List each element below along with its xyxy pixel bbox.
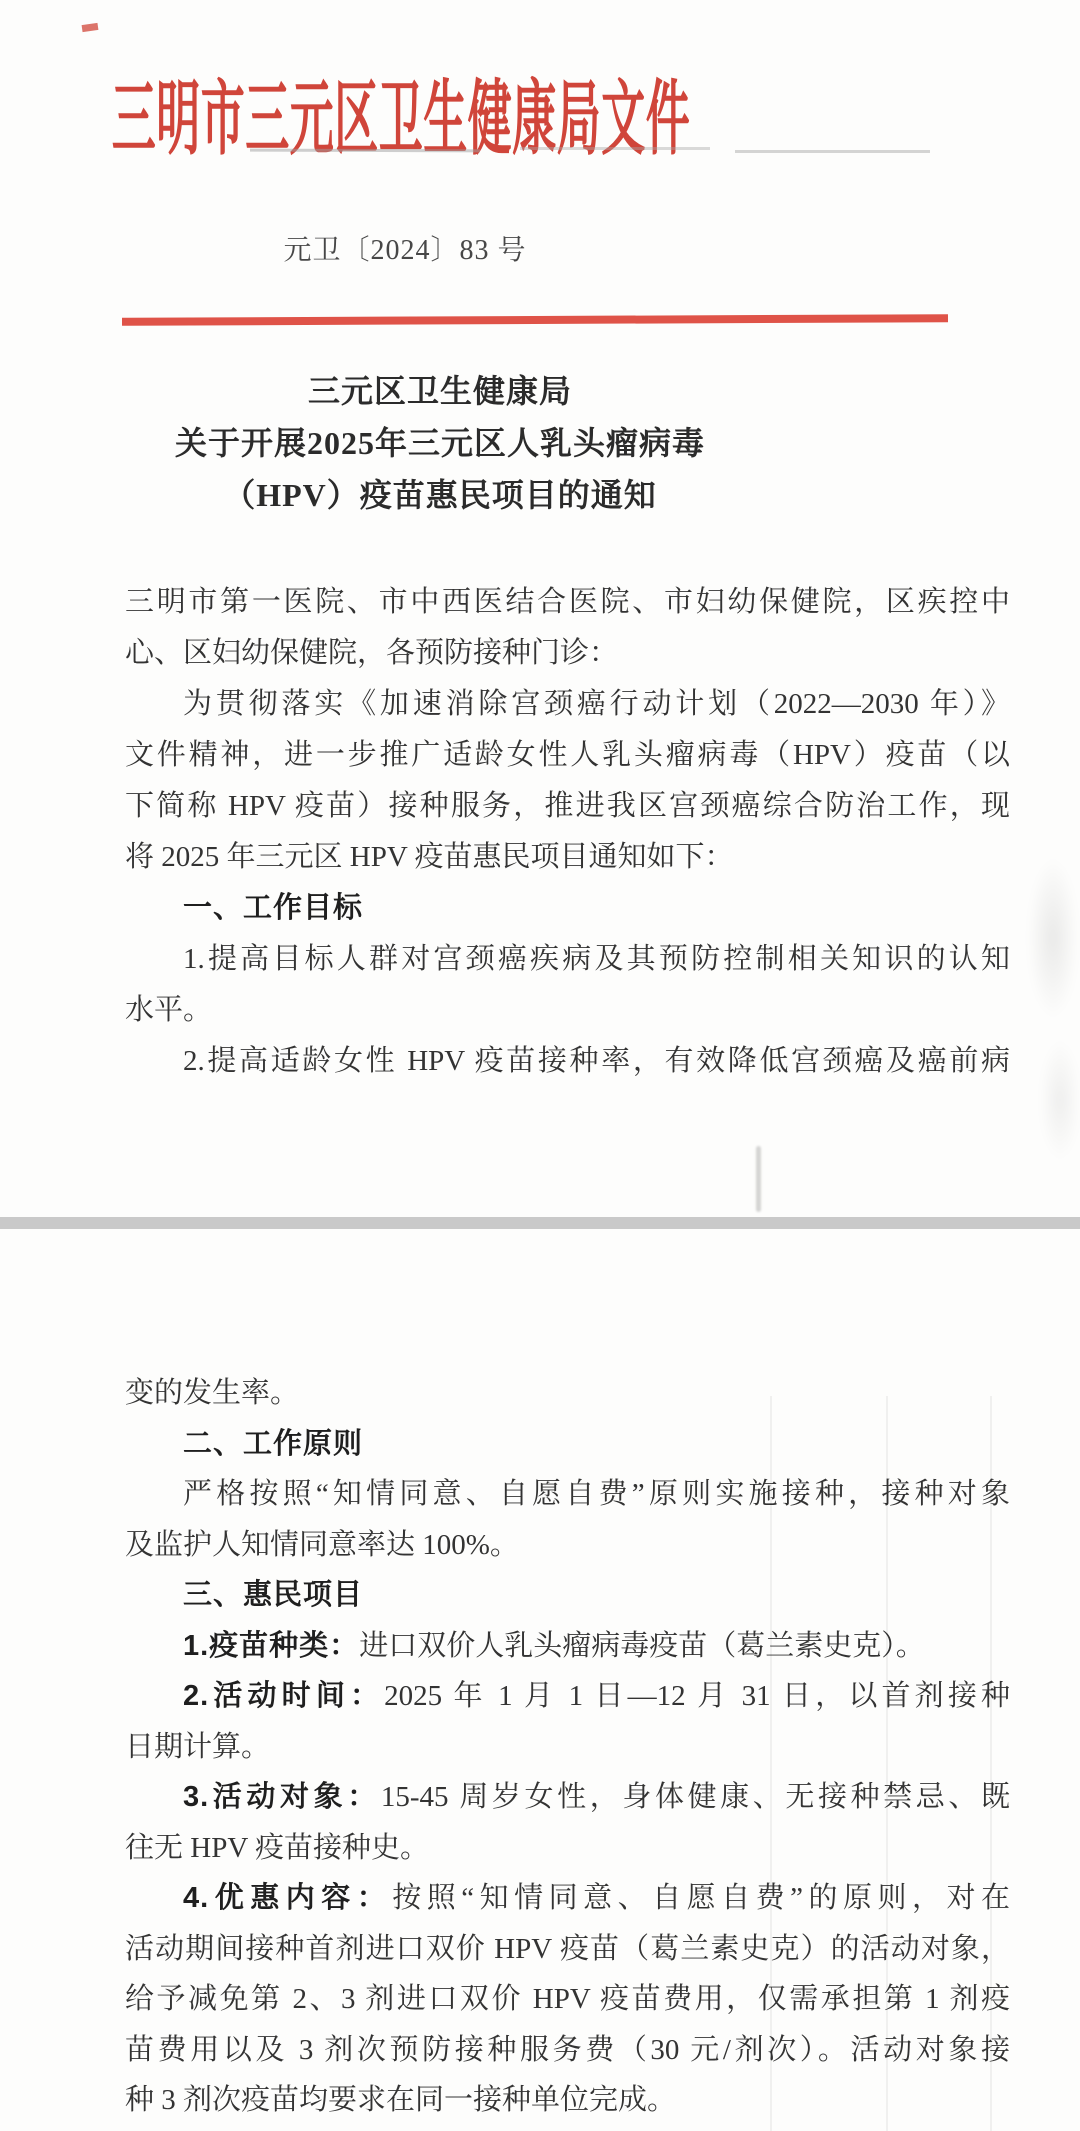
doc-line: 日期计算。: [125, 1722, 1010, 1773]
doc-line-text: 文件精神，进一步推广适龄女性人乳头瘤病毒（HPV）疫苗（以: [125, 739, 1010, 771]
page-separator-band: [0, 1217, 1080, 1229]
doc-line-text: 1.提高目标人群对宫颈癌疾病及其预防控制相关知识的认知: [183, 943, 1010, 975]
scan-artifact-speck: [82, 23, 99, 32]
doc-line: 1.提高目标人群对宫颈癌疾病及其预防控制相关知识的认知: [125, 934, 1010, 985]
doc-line-text: 严格按照“知情同意、自愿自费”原则实施接种，接种对象: [183, 1478, 1010, 1510]
doc-line-text: 15-45 周岁女性，身体健康、无接种禁忌、既: [381, 1781, 1010, 1813]
document-title-line-3: （HPV）疫苗惠民项目的通知: [0, 469, 880, 521]
doc-line-text: 往无 HPV 疫苗接种史。: [125, 1832, 429, 1864]
doc-line: 4.优惠内容：按照“知情同意、自愿自费”的原则，对在: [125, 1873, 1010, 1924]
doc-line-text: 日期计算。: [125, 1731, 270, 1763]
red-divider-line: [122, 314, 948, 326]
doc-line-text: 按照“知情同意、自愿自费”的原则，对在: [392, 1882, 1010, 1914]
doc-line-text: 2.提高适龄女性 HPV 疫苗接种率，有效降低宫颈癌及癌前病: [183, 1045, 1010, 1077]
doc-line-text: 2025 年 1 月 1 日—12 月 31 日，以首剂接种: [384, 1680, 1010, 1712]
doc-line: 为贯彻落实《加速消除宫颈癌行动计划（2022—2030 年）》: [125, 679, 1010, 730]
doc-line: 活动期间接种首剂进口双价 HPV 疫苗（葛兰素史克）的活动对象，: [125, 1924, 1010, 1975]
doc-line-text: 进口双价人乳头瘤病毒疫苗（葛兰素史克）。: [359, 1630, 925, 1662]
document-title-line-1: 三元区卫生健康局: [0, 365, 880, 417]
doc-line: 变的发生率。: [125, 1368, 1010, 1419]
doc-line-bold-label: 三、惠民项目: [183, 1579, 363, 1611]
doc-line-text: 种 3 剂次疫苗均要求在同一接种单位完成。: [125, 2084, 676, 2116]
doc-line: 一、工作目标: [125, 883, 1010, 934]
doc-line: 种 3 剂次疫苗均要求在同一接种单位完成。: [125, 2075, 1010, 2126]
doc-line: 水平。: [125, 985, 1010, 1036]
doc-line-bold-label: 1.疫苗种类：: [183, 1630, 359, 1662]
scan-artifact-smudge: [1028, 858, 1078, 1018]
doc-line-text: 及监护人知情同意率达 100%。: [125, 1529, 519, 1561]
scan-artifact-smudge: [1040, 1040, 1080, 1160]
doc-line: 将 2025 年三元区 HPV 疫苗惠民项目通知如下：: [125, 832, 1010, 883]
letterhead-title-text: 三明市三元区卫生健康局文件: [112, 52, 691, 170]
doc-line: 下简称 HPV 疫苗）接种服务，推进我区宫颈癌综合防治工作，现: [125, 781, 1010, 832]
doc-line-text: 为贯彻落实《加速消除宫颈癌行动计划（2022—2030 年）》: [183, 688, 1010, 720]
doc-line: 苗费用以及 3 剂次预防接种服务费（30 元/剂次）。活动对象接: [125, 2025, 1010, 2076]
doc-line: 严格按照“知情同意、自愿自费”原则实施接种，接种对象: [125, 1469, 1010, 1520]
doc-line: 2.活动时间：2025 年 1 月 1 日—12 月 31 日，以首剂接种: [125, 1671, 1010, 1722]
scan-artifact-mark: [756, 1146, 761, 1212]
doc-line: 给予减免第 2、3 剂进口双价 HPV 疫苗费用，仅需承担第 1 剂疫: [125, 1974, 1010, 2025]
scan-artifact-streak: [735, 150, 930, 153]
doc-line: 2.提高适龄女性 HPV 疫苗接种率，有效降低宫颈癌及癌前病: [125, 1036, 1010, 1087]
doc-line-text: 心、区妇幼保健院，各预防接种门诊：: [125, 637, 618, 669]
doc-line: 文件精神，进一步推广适龄女性人乳头瘤病毒（HPV）疫苗（以: [125, 730, 1010, 781]
doc-line-bold-label: 二、工作原则: [183, 1428, 363, 1460]
doc-line-text: 给予减免第 2、3 剂进口双价 HPV 疫苗费用，仅需承担第 1 剂疫: [125, 1983, 1010, 2015]
doc-line: 3.活动对象：15-45 周岁女性，身体健康、无接种禁忌、既: [125, 1772, 1010, 1823]
doc-line: 心、区妇幼保健院，各预防接种门诊：: [125, 628, 1010, 679]
doc-line-text: 将 2025 年三元区 HPV 疫苗惠民项目通知如下：: [125, 841, 734, 873]
doc-line-text: 三明市第一医院、市中西医结合医院、市妇幼保健院，区疾控中: [125, 586, 1010, 618]
doc-line: 二、工作原则: [125, 1419, 1010, 1470]
doc-line: 及监护人知情同意率达 100%。: [125, 1520, 1010, 1571]
letterhead-title: 三明市三元区卫生健康局文件: [0, 52, 802, 116]
doc-line: 三明市第一医院、市中西医结合医院、市妇幼保健院，区疾控中: [125, 577, 1010, 628]
doc-line-text: 水平。: [125, 994, 212, 1026]
doc-line-bold-label: 3.活动对象：: [183, 1781, 381, 1813]
document-number: 元卫〔2024〕83 号: [0, 228, 810, 268]
doc-line: 往无 HPV 疫苗接种史。: [125, 1823, 1010, 1874]
doc-line-bold-label: 一、工作目标: [183, 892, 363, 924]
doc-line: 1.疫苗种类：进口双价人乳头瘤病毒疫苗（葛兰素史克）。: [125, 1621, 1010, 1672]
doc-line-text: 下简称 HPV 疫苗）接种服务，推进我区宫颈癌综合防治工作，现: [125, 790, 1010, 822]
doc-line: 三、惠民项目: [125, 1570, 1010, 1621]
doc-line-text: 活动期间接种首剂进口双价 HPV 疫苗（葛兰素史克）的活动对象，: [125, 1933, 1010, 1965]
page1-body-text: 三明市第一医院、市中西医结合医院、市妇幼保健院，区疾控中心、区妇幼保健院，各预防…: [125, 577, 1010, 1087]
document-title: 三元区卫生健康局 关于开展2025年三元区人乳头瘤病毒 （HPV）疫苗惠民项目的…: [0, 365, 880, 521]
scanned-official-document: 三明市三元区卫生健康局文件 元卫〔2024〕83 号 三元区卫生健康局 关于开展…: [0, 0, 1080, 2131]
page2-body-text: 变的发生率。二、工作原则严格按照“知情同意、自愿自费”原则实施接种，接种对象及监…: [125, 1368, 1010, 2126]
doc-line-text: 变的发生率。: [125, 1377, 299, 1409]
document-title-line-2: 关于开展2025年三元区人乳头瘤病毒: [0, 417, 880, 469]
doc-line-bold-label: 4.优惠内容：: [183, 1882, 392, 1914]
doc-line-text: 苗费用以及 3 剂次预防接种服务费（30 元/剂次）。活动对象接: [125, 2034, 1010, 2066]
doc-line-bold-label: 2.活动时间：: [183, 1680, 384, 1712]
